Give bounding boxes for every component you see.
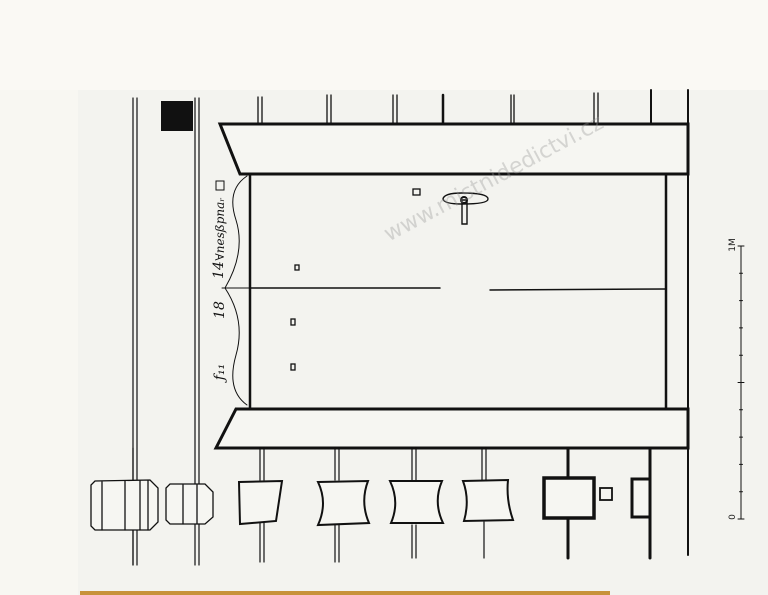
scale-end-label: 1M (728, 235, 738, 255)
octagonal-block-small (166, 484, 213, 524)
bottom-beam (216, 409, 688, 448)
top-beam (220, 124, 688, 174)
measurement-left: ƒ₁₁ (212, 352, 228, 392)
narrow-block (632, 479, 650, 517)
square-block (544, 478, 594, 518)
trapezoid-block (239, 481, 282, 524)
measurement-middle: 18 (212, 296, 228, 324)
technical-drawing (0, 0, 768, 595)
scale-bar (738, 246, 744, 519)
octagonal-block-large (91, 480, 158, 530)
concave-block-2 (390, 481, 443, 523)
small-square (600, 488, 612, 500)
bottom-color-strip (80, 591, 610, 595)
scale-start-label: 0 (728, 511, 738, 523)
black-block (161, 101, 193, 131)
concave-block-1 (318, 481, 369, 525)
concave-block-3 (463, 480, 513, 521)
measurement-right-suffix: ∀nesßpnaᵣ (213, 189, 227, 269)
